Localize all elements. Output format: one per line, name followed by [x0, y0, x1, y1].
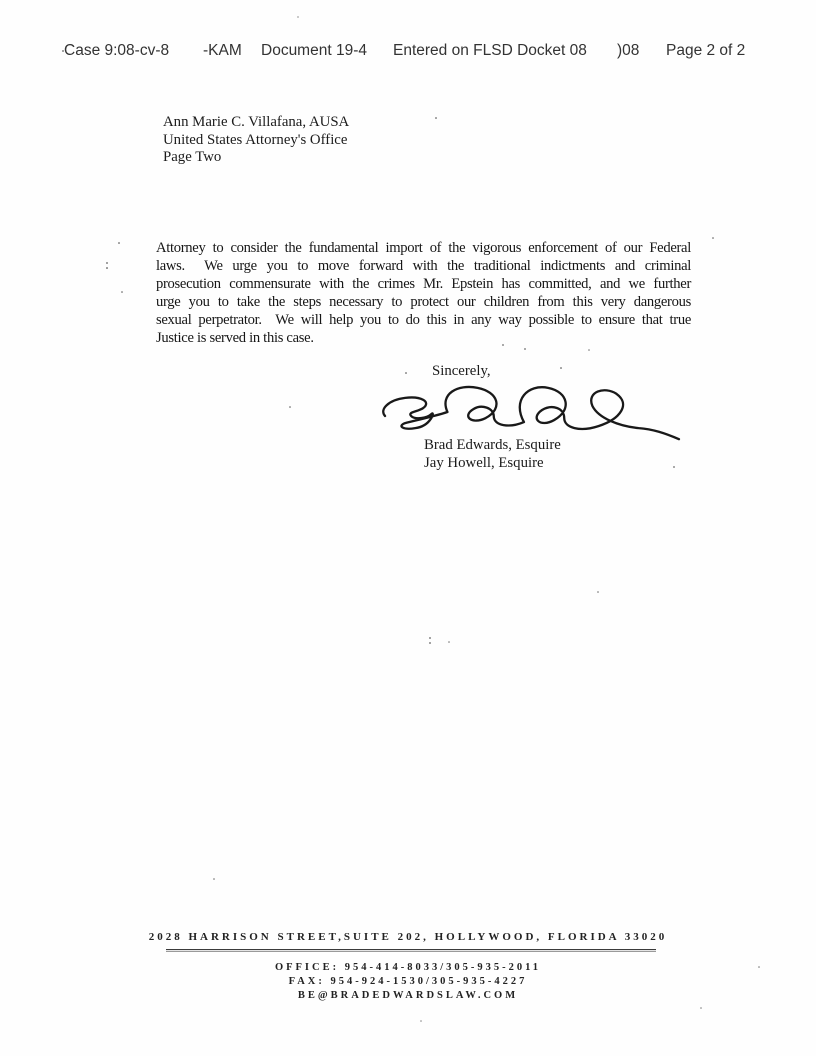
noise-speck — [121, 291, 123, 293]
signer-names: Brad Edwards, Esquire Jay Howell, Esquir… — [424, 437, 561, 472]
noise-speck — [435, 117, 437, 119]
case-number: Case 9:08-cv-8 — [64, 42, 169, 60]
docket-year-fragment: )08 — [617, 42, 639, 60]
noise-speck — [560, 367, 562, 369]
recipient-office: United States Attorney's Office — [163, 132, 349, 150]
noise-speck — [448, 641, 450, 643]
salutation: Sincerely, — [432, 363, 491, 380]
footer-contact-block: OFFICE: 954-414-8033/305-935-2011 FAX: 9… — [0, 961, 816, 1002]
footer-email: BE@BRADEDWARDSLAW.COM — [0, 989, 816, 1003]
case-judge-suffix: -KAM — [203, 42, 242, 60]
signature-scrawl-icon — [381, 381, 683, 441]
recipient-page: Page Two — [163, 149, 349, 167]
body-line: Attorney to consider the fundamental imp… — [156, 239, 691, 257]
noise-speck — [118, 242, 120, 244]
noise-speck — [502, 344, 504, 346]
noise-speck — [524, 348, 526, 350]
body-line: prosecution commensurate with the crimes… — [156, 275, 691, 293]
noise-speck — [405, 372, 407, 374]
noise-speck — [429, 642, 431, 644]
body-line: Justice is served in this case. — [156, 329, 691, 347]
footer-divider — [166, 949, 656, 952]
noise-speck — [429, 637, 431, 639]
noise-speck — [673, 466, 675, 468]
noise-speck — [712, 237, 714, 239]
footer-office-phone: OFFICE: 954-414-8033/305-935-2011 — [0, 961, 816, 975]
scanned-letter-page: Case 9:08-cv-8 -KAM Document 19-4 Entere… — [0, 0, 816, 1056]
noise-speck — [420, 1020, 422, 1022]
noise-speck — [213, 878, 215, 880]
noise-speck — [700, 1007, 702, 1009]
signer-name: Brad Edwards, Esquire — [424, 437, 561, 455]
document-number: Document 19-4 — [261, 42, 367, 60]
body-line: sexual perpetrator. We will help you to … — [156, 311, 691, 329]
recipient-name: Ann Marie C. Villafana, AUSA — [163, 114, 349, 132]
noise-speck — [106, 262, 108, 264]
noise-speck — [758, 966, 760, 968]
noise-speck — [289, 406, 291, 408]
noise-speck — [106, 267, 108, 269]
court-filing-header: Case 9:08-cv-8 -KAM Document 19-4 Entere… — [0, 42, 816, 62]
noise-speck — [597, 591, 599, 593]
signer-name: Jay Howell, Esquire — [424, 455, 561, 473]
signature — [381, 381, 683, 441]
recipient-block: Ann Marie C. Villafana, AUSA United Stat… — [163, 114, 349, 167]
letter-body: Attorney to consider the fundamental imp… — [156, 239, 691, 347]
footer-street-address: 2028 HARRISON STREET,SUITE 202, HOLLYWOO… — [0, 931, 816, 943]
footer-fax: FAX: 954-924-1530/305-935-4227 — [0, 975, 816, 989]
body-line: urge you to take the steps necessary to … — [156, 293, 691, 311]
noise-speck — [297, 16, 299, 18]
noise-speck — [588, 349, 590, 351]
page-indicator: Page 2 of 2 — [666, 42, 745, 60]
noise-speck — [62, 50, 64, 52]
body-line: laws. We urge you to move forward with t… — [156, 257, 691, 275]
docket-entry-text: Entered on FLSD Docket 08 — [393, 42, 587, 60]
